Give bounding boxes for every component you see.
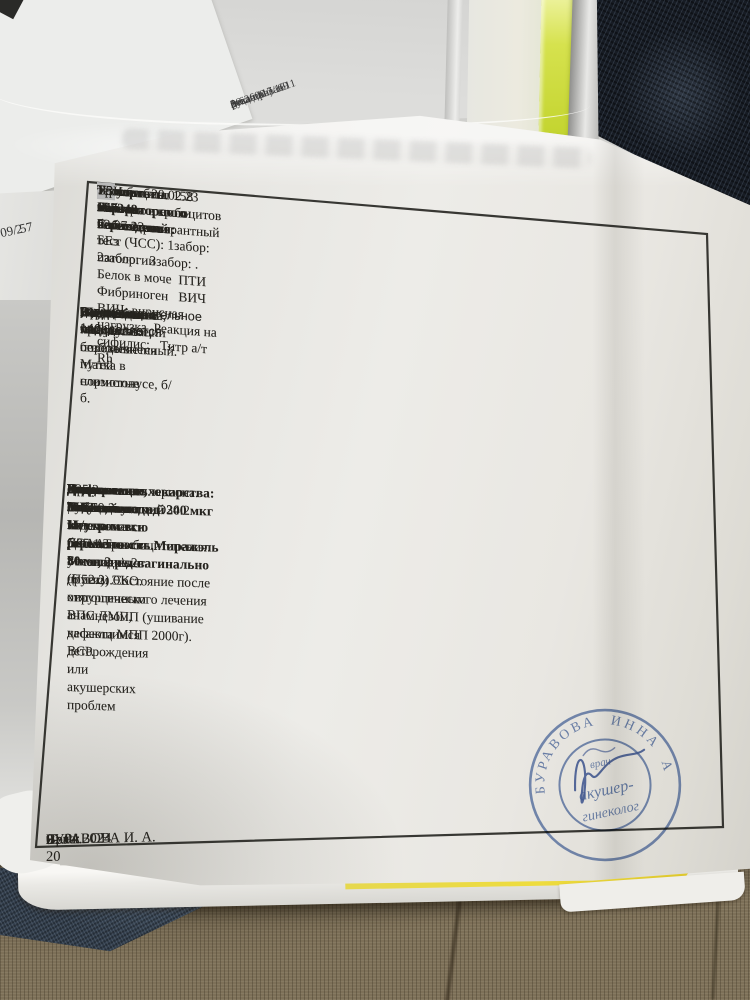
- sheet-text-line: 09/ 57: [0, 217, 35, 243]
- signature-flourish: [582, 744, 615, 757]
- photo-of-medical-document: (нед/дни) 16рука правая 11левая 117/ 698…: [0, 0, 750, 1000]
- text-segment: Выделения из половых путей слизистые: [80, 303, 144, 393]
- text-segment: УЗИ мол.жел 23.07.23- БЕз патологии: [97, 182, 156, 270]
- text-segment: Получаемые лекарства: Т. Калия иодид 200…: [67, 480, 219, 575]
- visit-time: 9-20: [46, 832, 61, 866]
- doctor-stamp: БУРАВОВА ИННА АНАТ врач акушер- гинеколо…: [503, 681, 708, 889]
